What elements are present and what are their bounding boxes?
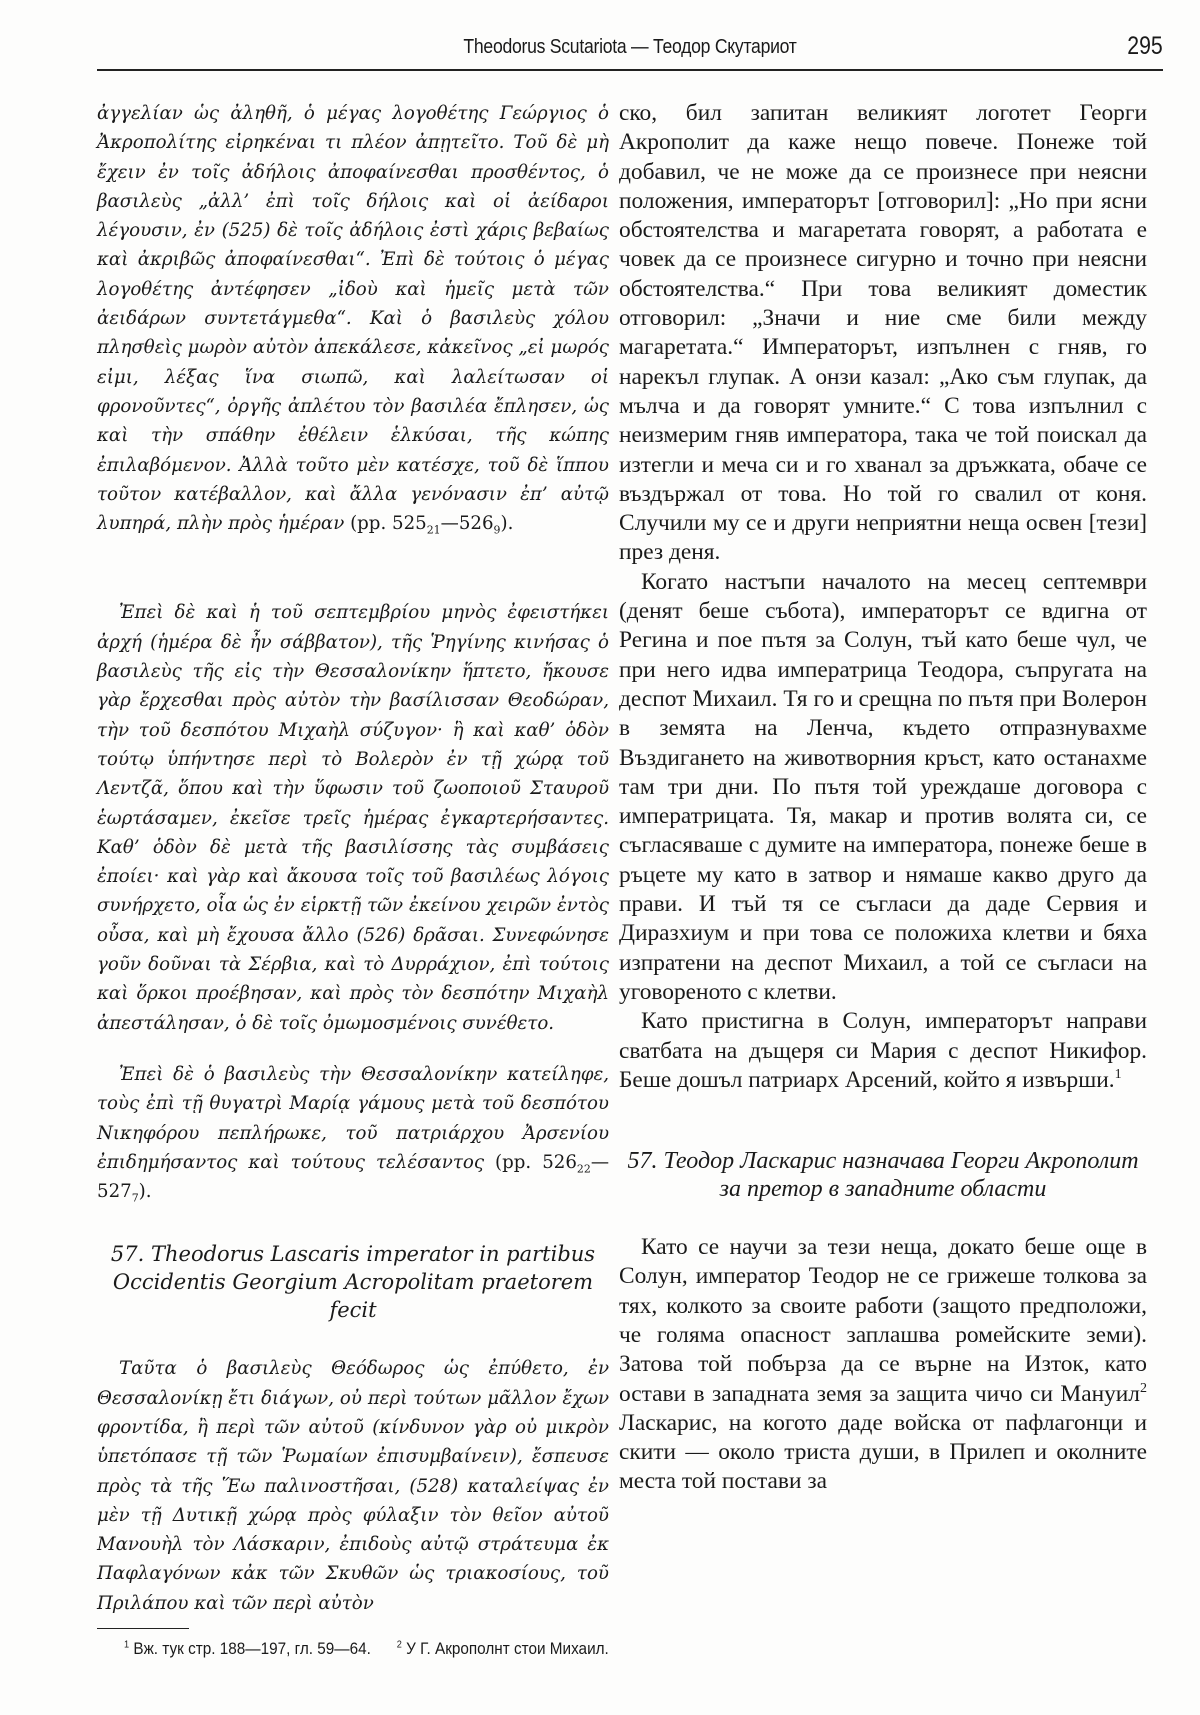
book-page: Theodorus Scutariota — Теодор Скутариот … xyxy=(0,0,1200,1715)
bulgarian-column: ско, бил запитан великият логотет Георги… xyxy=(619,99,1147,1497)
greek-column: ἀγγελίαν ὡς ἀληθῆ, ὁ μέγας λογοθέτης Γεώ… xyxy=(97,99,609,1618)
footnote-marker[interactable]: 1 xyxy=(1115,1066,1122,1082)
footnote-rule xyxy=(97,1628,189,1629)
footnote-2: 2 У Г. Акрополнт стои Михаил. xyxy=(397,1639,609,1658)
bulgarian-paragraph-3: Като пристигна в Солун, императорът напр… xyxy=(619,1007,1147,1095)
greek-paragraph-3: Ἐπεὶ δὲ ὁ βασιλεὺς τὴν Θεσσαλονίκην κατε… xyxy=(97,1060,609,1206)
greek-paragraph-2: Ἐπεὶ δὲ καὶ ἡ τοῦ σεπτεμβρίου μηνὸς ἐφει… xyxy=(97,598,609,1037)
running-head: Theodorus Scutariota — Теодор Скутариот … xyxy=(97,36,1163,66)
greek-paragraph-1: ἀγγελίαν ὡς ἀληθῆ, ὁ μέγας λογοθέτης Γεώ… xyxy=(97,99,609,538)
greek-paragraph-4: Ταῦτα ὁ βασιλεὺς Θεόδωρος ὡς ἐπύθετο, ἐν… xyxy=(97,1354,609,1618)
page-reference: (pp. 52521—5269). xyxy=(350,513,513,534)
footnote-marker[interactable]: 2 xyxy=(1140,1380,1147,1396)
greek-text: ἀγγελίαν ὡς ἀληθῆ, ὁ μέγας λογοθέτης Γεώ… xyxy=(97,103,609,534)
bulgarian-paragraph-4: Като се научи за тези неща, докато беше … xyxy=(619,1233,1147,1497)
section-heading-latin: 57. Theodorus Lascaris imperator in part… xyxy=(97,1240,609,1324)
page-number: 295 xyxy=(1128,32,1163,61)
bulgarian-paragraph-2: Когато настъпи началото на месец септемв… xyxy=(619,568,1147,1007)
section-heading-bulgarian: 57. Теодор Ласкарис назначава Георги Акр… xyxy=(619,1147,1147,1203)
footnote-1: 1 Вж. тук стр. 188—197, гл. 59—64. xyxy=(124,1639,371,1658)
bulgarian-paragraph-1: ско, бил запитан великият логотет Георги… xyxy=(619,99,1147,568)
running-title: Theodorus Scutariota — Теодор Скутариот xyxy=(161,36,1099,59)
footnotes: 1 Вж. тук стр. 188—197, гл. 59—64. 2 У Г… xyxy=(124,1639,630,1659)
header-rule xyxy=(97,69,1163,71)
